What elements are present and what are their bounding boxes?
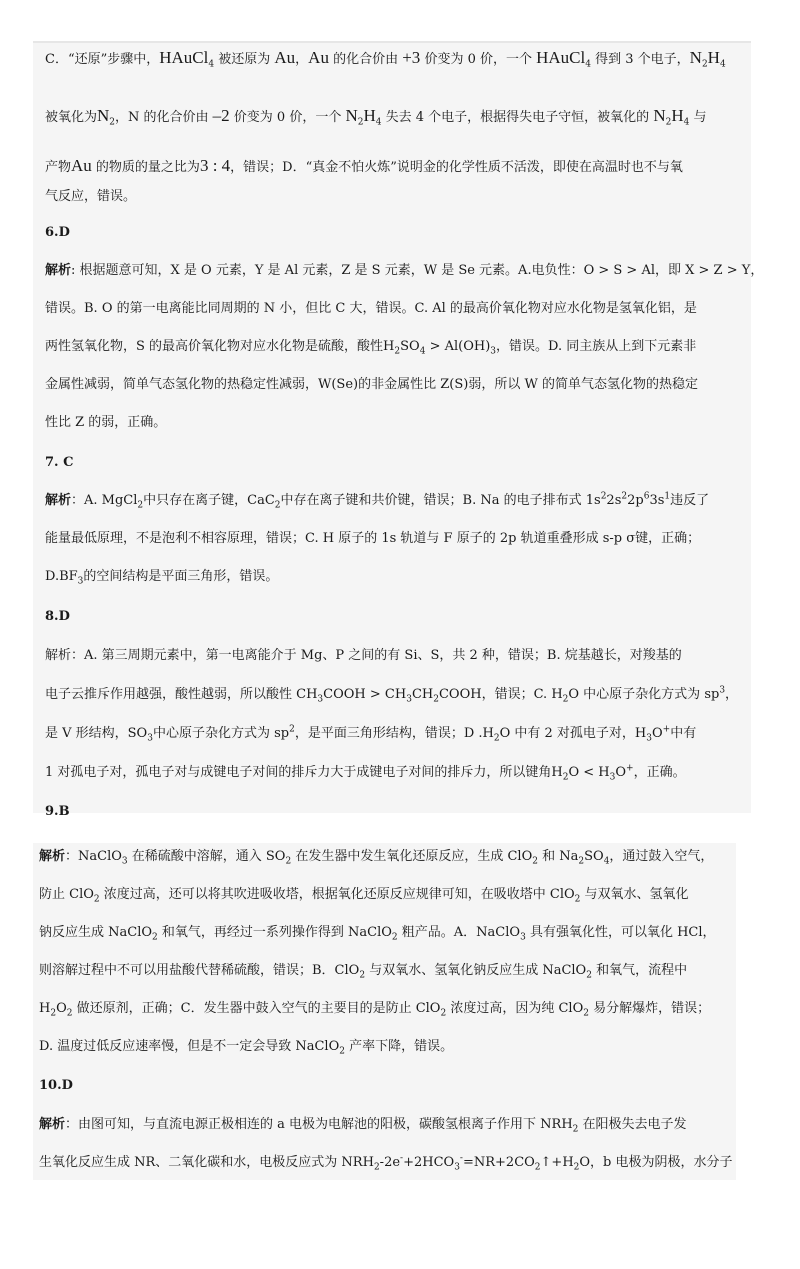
q5-line-3: 产物Au 的物质的量之比为3 : 4，错误；D．“真金不怕火炼”说明金的化学性质… — [45, 157, 683, 177]
q6-line-3: 两性氢氧化物，S 的最高价氧化物对应水化物是硫酸，酸性H2SO4 > Al(OH… — [45, 338, 696, 356]
q9-line-6: D. 温度过低反应速率慢，但是不一定会导致 NaClO2 产率下降，错误。 — [39, 1038, 453, 1056]
q8-line-1: 解析：A. 第三周期元素中，第一电离能介于 Mg、P 之间的有 Si、S，共 2… — [45, 647, 682, 665]
q9-heading: 9.B — [45, 803, 70, 821]
q10-line-1: 解析：由图可知，与直流电源正极相连的 a 电极为电解池的阳极，碳酸氢根离子作用下… — [39, 1116, 687, 1134]
q10-heading: 10.D — [39, 1077, 73, 1095]
q8-heading: 8.D — [45, 608, 70, 626]
q6-heading: 6.D — [45, 224, 70, 242]
answer-panel-1: C．“还原”步骤中，HAuCl4 被还原为 Au，Au 的化合价由 +3 价变为… — [33, 41, 751, 813]
q8-line-3: 是 V 形结构，SO3中心原子杂化方式为 sp2，是平面三角形结构，错误；D .… — [45, 725, 696, 743]
q6-line-2: 错误。B. O 的第一电离能比同周期的 N 小，但比 C 大，错误。C. Al … — [45, 300, 697, 318]
q8-line-2: 电子云推斥作用越强，酸性越弱，所以酸性 CH3COOH > CH3CH2COOH… — [45, 686, 738, 704]
q7-line-2: 能量最低原理，不是泡利不相容原理，错误；C. H 原子的 1s 轨道与 F 原子… — [45, 530, 700, 548]
q5-line-4: 气反应，错误。 — [45, 188, 136, 206]
q9-line-5: H2O2 做还原剂，正确；C．发生器中鼓入空气的主要目的是防止 ClO2 浓度过… — [39, 1000, 710, 1018]
q5-line-2: 被氧化为N2，N 的化合价由 –2 价变为 0 价，一个 N2H4 失去 4 个… — [45, 107, 707, 127]
q7-line-1: 解析：A. MgCl2中只存在离子键，CaC2中存在离子键和共价键，错误；B. … — [45, 492, 709, 510]
q9-line-3: 钠反应生成 NaClO2 和氧气，再经过一系列操作得到 NaClO2 粗产品。A… — [39, 924, 716, 942]
q10-line-2: 生氧化反应生成 NR、二氧化碳和水，电极反应式为 NRH2-2e-+2HCO3-… — [39, 1154, 733, 1172]
answer-panel-2: 解析：NaClO3 在稀硫酸中溶解，通入 SO2 在发生器中发生氧化还原反应，生… — [33, 843, 736, 1180]
q9-line-2: 防止 ClO2 浓度过高，还可以将其吹进吸收塔，根据氧化还原反应规律可知，在吸收… — [39, 886, 689, 904]
q7-heading: 7. C — [45, 454, 73, 472]
q6-line-4: 金属性减弱，简单气态氢化物的热稳定性减弱，W(Se)的非金属性比 Z(S)弱，所… — [45, 376, 698, 394]
q6-line-5: 性比 Z 的弱，正确。 — [45, 414, 166, 432]
q6-line-1: 解析: 根据题意可知，X 是 O 元素，Y 是 Al 元素，Z 是 S 元素，W… — [45, 262, 763, 280]
q5-line-1: C．“还原”步骤中，HAuCl4 被还原为 Au，Au 的化合价由 +3 价变为… — [45, 49, 726, 69]
q8-line-4: 1 对孤电子对，孤电子对与成键电子对间的排斥力大于成键电子对间的排斥力，所以键角… — [45, 764, 686, 782]
q7-line-3: D.BF3的空间结构是平面三角形，错误。 — [45, 568, 278, 586]
q9-line-1: 解析：NaClO3 在稀硫酸中溶解，通入 SO2 在发生器中发生氧化还原反应，生… — [39, 848, 713, 866]
q9-line-4: 则溶解过程中不可以用盐酸代替稀硫酸，错误；B．ClO2 与双氧水、氢氧化钠反应生… — [39, 962, 687, 980]
